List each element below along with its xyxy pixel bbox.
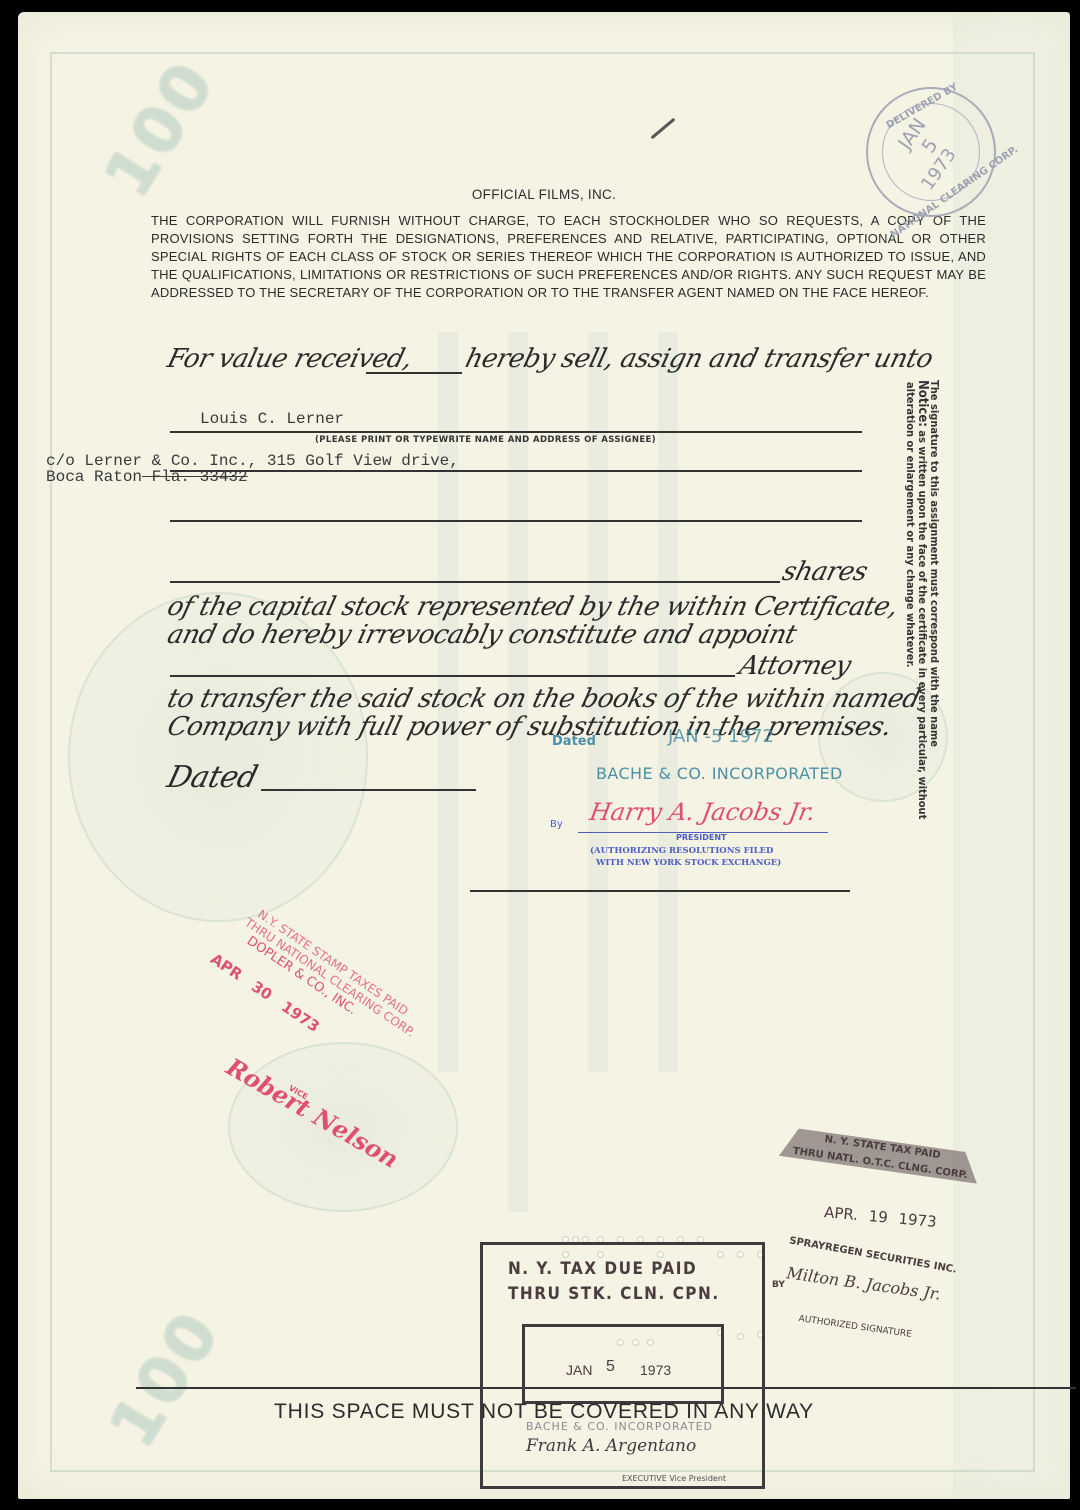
side-notice-line3: alteration or enlargement or any change … xyxy=(904,380,916,850)
address-line-2 xyxy=(170,520,862,522)
tax-due-line1: N. Y. TAX DUE PAID xyxy=(508,1259,697,1279)
dated-label: Dated xyxy=(164,760,261,795)
address-city: Boca Raton xyxy=(46,468,142,486)
hereby-sell-text: hereby sell, assign and transfer unto xyxy=(462,344,935,374)
ghost-column xyxy=(508,332,528,1212)
shares-blank-line xyxy=(170,581,780,583)
full-power-text: Company with full power of substitution … xyxy=(164,712,894,742)
tax-due-title: EXECUTIVE Vice President xyxy=(622,1474,726,1483)
bache-dated-label: Dated xyxy=(552,734,596,749)
bache-title: PRESIDENT xyxy=(676,833,726,842)
signature-line-right xyxy=(470,890,850,892)
tax-due-day: 5 xyxy=(606,1358,615,1376)
assignee-name[interactable]: Louis C. Lerner xyxy=(200,410,344,428)
stock-certificate-back: 100 100 OFFICIAL FILMS, INC. THE CORPORA… xyxy=(18,12,1070,1499)
bache-firm-name: BACHE & CO. INCORPORATED xyxy=(596,764,843,783)
bache-resolution-line2: WITH NEW YORK STOCK EXCHANGE) xyxy=(596,858,781,868)
side-notice-line2-wrap: Notice: as written upon the face of the … xyxy=(916,380,928,850)
tax-due-date-box xyxy=(522,1324,724,1404)
bache-signature: Harry A. Jacobs Jr. xyxy=(588,798,818,826)
address-struck-out: Fla. 33432 xyxy=(142,468,248,486)
dated-blank-line xyxy=(261,789,476,791)
tax-due-signature: Frank A. Argentano xyxy=(526,1436,696,1456)
side-notice-line1: The signature to this assignment must co… xyxy=(928,380,940,850)
transfer-books-text: to transfer the said stock on the books … xyxy=(164,684,923,714)
side-notice-line2: as written upon the face of the certific… xyxy=(916,430,929,819)
assignor-blank-line xyxy=(366,372,462,374)
assignee-caption: (PLEASE PRINT OR TYPEWRITE NAME AND ADDR… xyxy=(315,435,656,445)
signature-side-notice: The signature to this assignment must co… xyxy=(904,380,940,850)
assignee-name-line xyxy=(170,431,862,433)
bache-date: JAN -5 1972 xyxy=(668,726,774,747)
tax-due-month: JAN xyxy=(566,1362,592,1378)
tax-due-line2: THRU STK. CLN. CPN. xyxy=(508,1284,720,1304)
bache-resolution-line1: (AUTHORIZING RESOLUTIONS FILED xyxy=(590,846,773,856)
constitute-appoint-text: and do hereby irrevocably constitute and… xyxy=(164,620,799,650)
side-notice-label: Notice: xyxy=(915,380,930,427)
clearing-corp-circle-stamp: DELIVERED BY JAN 5 1973 NATIONAL CLEARIN… xyxy=(866,87,996,217)
for-value-received-text: For value received, xyxy=(164,344,415,374)
capital-stock-text: of the capital stock represented by the … xyxy=(164,592,901,622)
assignee-address-line2[interactable]: Boca Raton Fla. 33432 xyxy=(46,468,248,486)
attorney-blank-line xyxy=(170,675,735,677)
legal-notice: THE CORPORATION WILL FURNISH WITHOUT CHA… xyxy=(151,212,986,302)
address-line-1 xyxy=(170,470,862,472)
space-not-covered-notice: THIS SPACE MUST NOT BE COVERED IN ANY WA… xyxy=(18,1400,1070,1424)
shares-text: shares xyxy=(779,557,870,587)
bache-by-label: By xyxy=(550,819,563,830)
attorney-text: Attorney xyxy=(736,651,854,681)
tax-due-year: 1973 xyxy=(640,1362,671,1378)
otc-by-label: BY xyxy=(772,1280,785,1290)
